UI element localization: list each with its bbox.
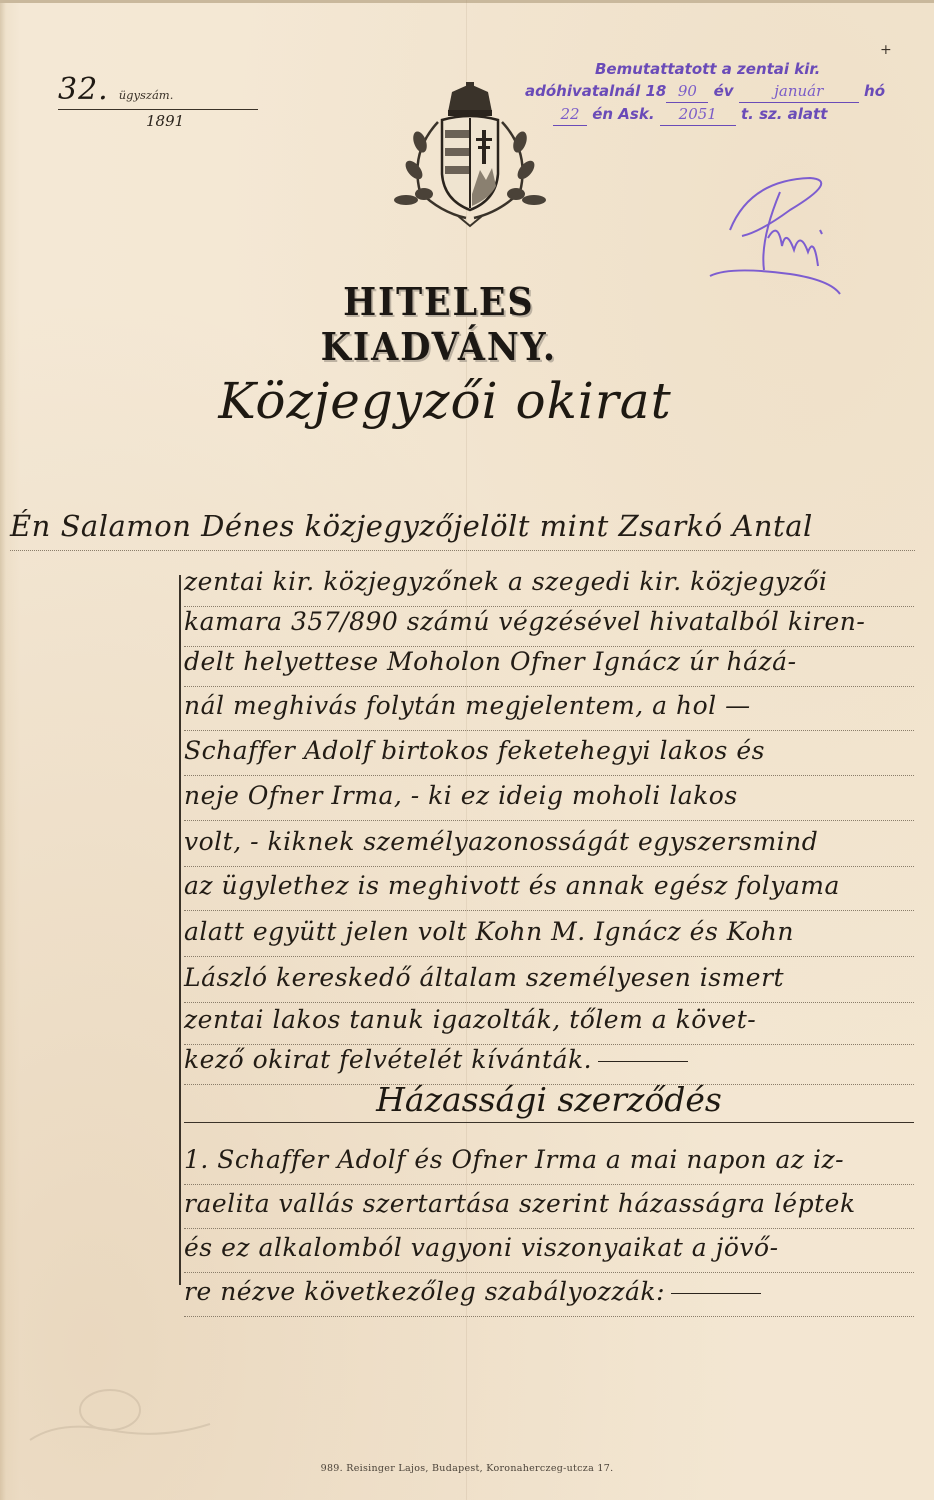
case-number-block: 32. ügyszám. 1891 xyxy=(58,72,258,130)
section-line: re nézve következőleg szabályozzák: xyxy=(184,1272,914,1317)
line-filler xyxy=(671,1293,761,1294)
section-heading: Házassági szerződés xyxy=(184,1078,914,1123)
tax-office-stamp: Bemutattatott a zentai kir. adóhivatalná… xyxy=(525,58,905,126)
stamp-line-1: Bemutattatott a zentai kir. xyxy=(595,58,905,80)
stamp-line-2: adóhivatalnál 1890 év január hó xyxy=(525,80,905,103)
body-line: Én Salamon Dénes közjegyzőjelölt mint Zs… xyxy=(10,506,915,551)
body-line: alatt együtt jelen volt Kohn M. Ignácz é… xyxy=(184,912,914,957)
bleed-through-mark xyxy=(20,1380,220,1450)
case-year: 1891 xyxy=(146,112,258,130)
body-line: László kereskedő általam személyesen ism… xyxy=(184,958,914,1003)
stamp-day-fill: 22 xyxy=(553,103,587,126)
case-label: ügyszám. xyxy=(119,88,174,102)
document-subtitle: Közjegyzői okirat xyxy=(210,372,680,430)
body-line: volt, - kiknek személyazonosságát egysze… xyxy=(184,822,914,867)
body-line: kamara 357/890 számú végzésével hivatalb… xyxy=(184,602,914,647)
stamp-month-fill: január xyxy=(739,80,859,103)
printer-imprint: 989. Reisinger Lajos, Budapest, Koronahe… xyxy=(0,1463,934,1474)
body-line: delt helyettese Moholon Ofner Ignácz úr … xyxy=(184,642,914,687)
signature-icon xyxy=(690,170,870,300)
page-edge xyxy=(0,0,934,3)
body-line: neje Ofner Irma, - ki ez ideig moholi la… xyxy=(184,776,914,821)
document-title: HITELES KIADVÁNY. xyxy=(218,279,660,369)
body-line: zentai kir. közjegyzőnek a szegedi kir. … xyxy=(184,562,914,607)
corner-mark: + xyxy=(880,42,892,58)
body-line: az ügylethez is meghivott és annak egész… xyxy=(184,866,914,911)
body-line: zentai lakos tanuk igazolták, tőlem a kö… xyxy=(184,1000,914,1045)
body-line: Schaffer Adolf birtokos feketehegyi lako… xyxy=(184,731,914,776)
stamp-year-fill: 90 xyxy=(666,80,708,103)
line-filler xyxy=(598,1061,688,1062)
body-line: nál meghivás folytán megjelentem, a hol … xyxy=(184,686,914,731)
stamp-number-fill: 2051 xyxy=(660,103,736,126)
margin-rule xyxy=(179,575,181,1285)
section-line: 1. Schaffer Adolf és Ofner Irma a mai na… xyxy=(184,1140,914,1185)
section-line: és ez alkalomból vagyoni viszonyaikat a … xyxy=(184,1228,914,1273)
section-line: raelita vallás szertartása szerint házas… xyxy=(184,1184,914,1229)
stamp-line-3: 22 én Ask. 2051 t. sz. alatt xyxy=(553,103,905,126)
case-number: 32. xyxy=(58,72,109,107)
